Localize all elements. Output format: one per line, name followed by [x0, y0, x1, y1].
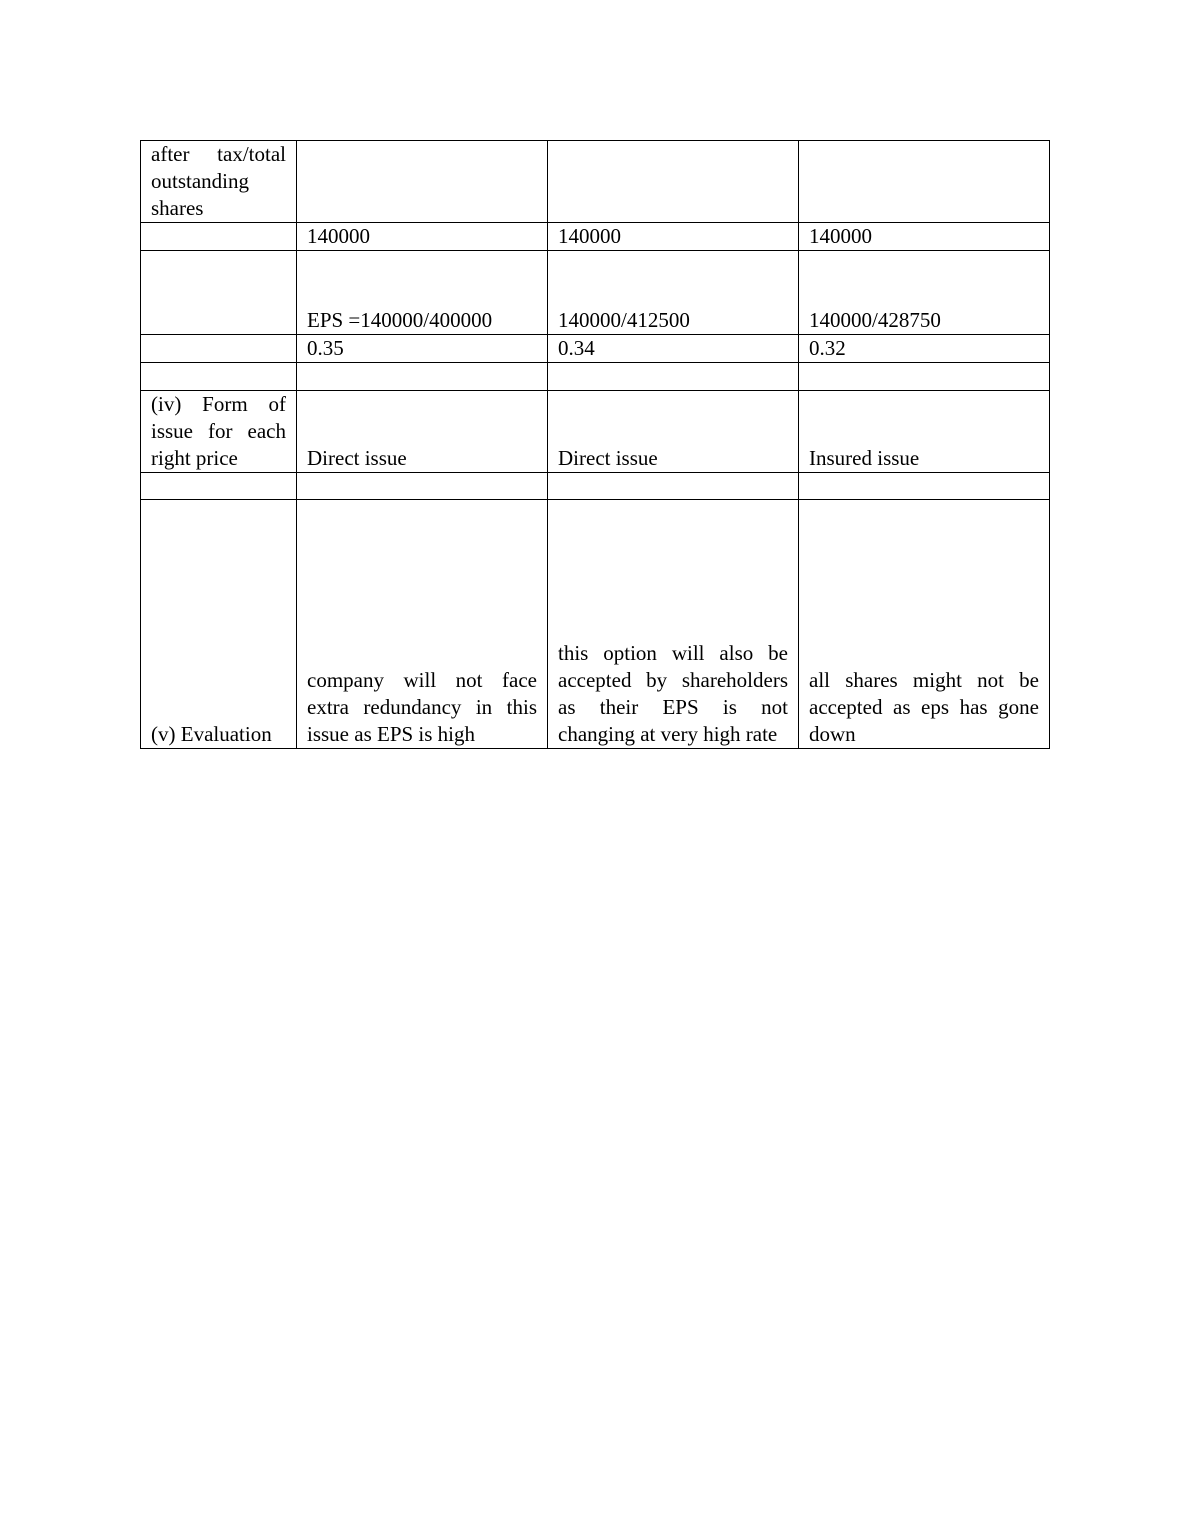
table-row: 140000 140000 140000	[141, 223, 1050, 251]
table-cell: company will not face extra redundancy i…	[297, 500, 548, 749]
table-cell: 0.32	[799, 335, 1050, 363]
table-cell: 140000	[799, 223, 1050, 251]
table-row: (iv) Form of issue for each right price …	[141, 391, 1050, 473]
table-cell	[297, 473, 548, 500]
table-row: after tax/total outstanding shares	[141, 141, 1050, 223]
table-row: 0.35 0.34 0.32	[141, 335, 1050, 363]
table-row: (v) Evaluation company will not face ext…	[141, 500, 1050, 749]
table-row	[141, 363, 1050, 391]
table-row	[141, 473, 1050, 500]
table-cell	[799, 363, 1050, 391]
table-cell: 140000/428750	[799, 251, 1050, 335]
row-label: (v) Evaluation	[141, 500, 297, 749]
table-cell	[548, 473, 799, 500]
row-label	[141, 473, 297, 500]
row-label	[141, 335, 297, 363]
table-cell: Direct issue	[297, 391, 548, 473]
table-row: EPS =140000/400000 140000/412500 140000/…	[141, 251, 1050, 335]
table-cell: this option will also be accepted by sha…	[548, 500, 799, 749]
table-cell: 140000/412500	[548, 251, 799, 335]
document-page: after tax/total outstanding shares 14000…	[0, 0, 1190, 1540]
table-cell: 0.35	[297, 335, 548, 363]
table-cell	[548, 141, 799, 223]
row-label	[141, 223, 297, 251]
row-label	[141, 363, 297, 391]
table-cell	[297, 141, 548, 223]
table-cell: Direct issue	[548, 391, 799, 473]
row-label	[141, 251, 297, 335]
table-cell	[799, 141, 1050, 223]
table-cell: 140000	[548, 223, 799, 251]
table-cell	[548, 363, 799, 391]
table-cell	[799, 473, 1050, 500]
table-cell: 0.34	[548, 335, 799, 363]
table-cell: 140000	[297, 223, 548, 251]
row-label: (iv) Form of issue for each right price	[141, 391, 297, 473]
table-cell: all shares might not be accepted as eps …	[799, 500, 1050, 749]
rights-issue-table: after tax/total outstanding shares 14000…	[140, 140, 1050, 749]
table-cell: EPS =140000/400000	[297, 251, 548, 335]
table-cell: Insured issue	[799, 391, 1050, 473]
row-label: after tax/total outstanding shares	[141, 141, 297, 223]
table-cell	[297, 363, 548, 391]
